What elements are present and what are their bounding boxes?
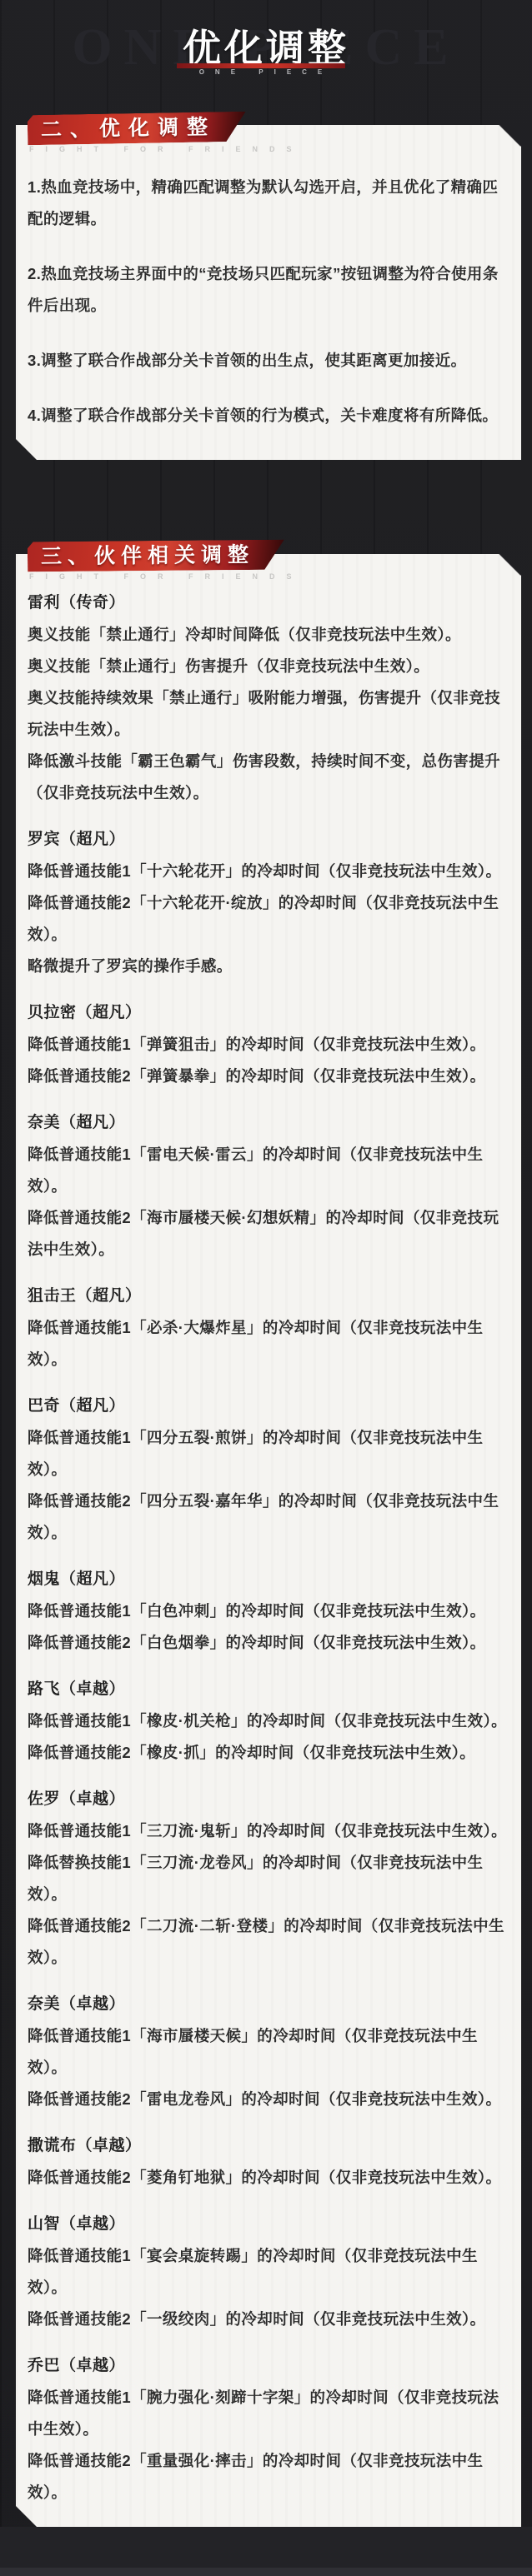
partner-name: 巴奇（超凡）	[28, 1390, 509, 1422]
partner-name: 奈美（超凡）	[28, 1107, 509, 1139]
partner-group: 雷利（传奇）奥义技能「禁止通行」冷却时间降低（仅非竞技玩法中生效）。奥义技能「禁…	[28, 587, 509, 809]
banner-subtext: FIGHT FOR FRIENDS	[29, 572, 429, 581]
skill-adjustment-line: 降低普通技能1「腕力强化·刻蹄十字架」的冷却时间（仅非竞技玩法中生效）。	[28, 2382, 509, 2445]
banner-subtext: FIGHT FOR FRIENDS	[29, 145, 429, 153]
optimize-item: 2.热血竞技场主界面中的“竞技场只匹配玩家”按钮调整为符合使用条件后出现。	[28, 258, 509, 322]
partner-group: 烟鬼（超凡）降低普通技能1「白色冲刺」的冷却时间（仅非竞技玩法中生效）。降低普通…	[28, 1564, 509, 1659]
skill-adjustment-line: 降低普通技能2「二刀流·二斩·登楼」的冷却时间（仅非竞技玩法中生效）。	[28, 1910, 509, 1974]
skill-adjustment-line: 降低普通技能2「橡皮·抓」的冷却时间（仅非竞技玩法中生效）。	[28, 1737, 509, 1769]
section-partners: FIGHT FOR FRIENDS 雷利（传奇）奥义技能「禁止通行」冷却时间降低…	[16, 554, 521, 2527]
bottom-band	[0, 2527, 532, 2568]
skill-adjustment-line: 降低普通技能1「三刀流·鬼斩」的冷却时间（仅非竞技玩法中生效）。	[28, 1815, 509, 1847]
skill-adjustment-line: 降低普通技能1「弹簧狙击」的冷却时间（仅非竞技玩法中生效）。	[28, 1029, 509, 1061]
section-banner-partners: 三、伙伴相关调整	[28, 540, 284, 572]
partner-group: 山智（卓越）降低普通技能1「宴会桌旋转踢」的冷却时间（仅非竞技玩法中生效）。降低…	[28, 2209, 509, 2335]
partner-group: 奈美（超凡）降低普通技能1「雷电天候·雷云」的冷却时间（仅非竞技玩法中生效）。降…	[28, 1107, 509, 1266]
partner-group: 巴奇（超凡）降低普通技能1「四分五裂·煎饼」的冷却时间（仅非竞技玩法中生效）。降…	[28, 1390, 509, 1549]
partner-group: 路飞（卓越）降低普通技能1「橡皮·机关枪」的冷却时间（仅非竞技玩法中生效）。降低…	[28, 1674, 509, 1769]
partner-name: 山智（卓越）	[28, 2209, 509, 2240]
skill-adjustment-line: 降低普通技能1「白色冲刺」的冷却时间（仅非竞技玩法中生效）。	[28, 1595, 509, 1627]
partner-name: 奈美（卓越）	[28, 1989, 509, 2020]
partner-group: 奈美（卓越）降低普通技能1「海市蜃楼天候」的冷却时间（仅非竞技玩法中生效）。降低…	[28, 1989, 509, 2115]
partner-name: 雷利（传奇）	[28, 587, 509, 619]
skill-adjustment-line: 降低普通技能2「白色烟拳」的冷却时间（仅非竞技玩法中生效）。	[28, 1627, 509, 1659]
partner-group: 罗宾（超凡）降低普通技能1「十六轮花开」的冷却时间（仅非竞技玩法中生效）。降低普…	[28, 824, 509, 982]
partner-name: 路飞（卓越）	[28, 1674, 509, 1705]
optimize-item: 1.热血竞技场中，精确匹配调整为默认勾选开启，并且优化了精确匹配的逻辑。	[28, 172, 509, 235]
skill-adjustment-line: 奥义技能「禁止通行」冷却时间降低（仅非竞技玩法中生效）。	[28, 619, 509, 651]
skill-adjustment-line: 降低普通技能2「一级绞肉」的冷却时间（仅非竞技玩法中生效）。	[28, 2304, 509, 2335]
partner-name: 佐罗（卓越）	[28, 1784, 509, 1815]
partner-group: 佐罗（卓越）降低普通技能1「三刀流·鬼斩」的冷却时间（仅非竞技玩法中生效）。降低…	[28, 1784, 509, 1974]
page-background: ONE PIECE 优化调整 ONE PIECE FIGHT FOR FRIEN…	[0, 0, 532, 2576]
skill-adjustment-line: 降低普通技能1「海市蜃楼天候」的冷却时间（仅非竞技玩法中生效）。	[28, 2020, 509, 2084]
section-optimize: FIGHT FOR FRIENDS 1.热血竞技场中，精确匹配调整为默认勾选开启…	[16, 125, 521, 460]
skill-adjustment-line: 略微提升了罗宾的操作手感。	[28, 951, 509, 982]
bottom-strip	[0, 2568, 532, 2576]
banner-label: 三、伙伴相关调整	[41, 543, 254, 568]
partner-group: 狙击王（超凡）降低普通技能1「必杀·大爆炸星」的冷却时间（仅非竞技玩法中生效）。	[28, 1281, 509, 1375]
partner-name: 撒谎布（卓越）	[28, 2130, 509, 2162]
partner-groups: 雷利（传奇）奥义技能「禁止通行」冷却时间降低（仅非竞技玩法中生效）。奥义技能「禁…	[16, 554, 521, 2509]
skill-adjustment-line: 降低普通技能1「宴会桌旋转踢」的冷却时间（仅非竞技玩法中生效）。	[28, 2240, 509, 2304]
skill-adjustment-line: 降低普通技能2「菱角钉地狱」的冷却时间（仅非竞技玩法中生效）。	[28, 2162, 509, 2194]
partner-name: 乔巴（卓越）	[28, 2350, 509, 2382]
skill-adjustment-line: 降低普通技能2「雷电龙卷风」的冷却时间（仅非竞技玩法中生效）。	[28, 2084, 509, 2115]
skill-adjustment-line: 奥义技能持续效果「禁止通行」吸附能力增强，伤害提升（仅非竞技玩法中生效）。	[28, 682, 509, 746]
partner-name: 贝拉密（超凡）	[28, 997, 509, 1029]
optimize-item: 4.调整了联合作战部分关卡首领的行为模式，关卡难度将有所降低。	[28, 400, 509, 432]
partner-name: 狙击王（超凡）	[28, 1281, 509, 1312]
title-subtext: ONE PIECE	[0, 68, 532, 76]
skill-adjustment-line: 降低普通技能2「重量强化·摔击」的冷却时间（仅非竞技玩法中生效）。	[28, 2445, 509, 2509]
partner-group: 乔巴（卓越）降低普通技能1「腕力强化·刻蹄十字架」的冷却时间（仅非竞技玩法中生效…	[28, 2350, 509, 2509]
partners-panel: FIGHT FOR FRIENDS 雷利（传奇）奥义技能「禁止通行」冷却时间降低…	[16, 554, 521, 2527]
skill-adjustment-line: 降低普通技能1「四分五裂·煎饼」的冷却时间（仅非竞技玩法中生效）。	[28, 1422, 509, 1485]
skill-adjustment-line: 奥义技能「禁止通行」伤害提升（仅非竞技玩法中生效）。	[28, 651, 509, 682]
banner-label: 二、优化调整	[41, 115, 216, 142]
hero-header: ONE PIECE 优化调整 ONE PIECE	[0, 0, 532, 112]
optimize-panel: FIGHT FOR FRIENDS 1.热血竞技场中，精确匹配调整为默认勾选开启…	[16, 125, 521, 460]
skill-adjustment-line: 降低普通技能1「十六轮花开」的冷却时间（仅非竞技玩法中生效）。	[28, 856, 509, 887]
skill-adjustment-line: 降低普通技能1「橡皮·机关枪」的冷却时间（仅非竞技玩法中生效）。	[28, 1705, 509, 1737]
optimize-list: 1.热血竞技场中，精确匹配调整为默认勾选开启，并且优化了精确匹配的逻辑。2.热血…	[16, 125, 521, 432]
partner-name: 烟鬼（超凡）	[28, 1564, 509, 1595]
skill-adjustment-line: 降低普通技能1「雷电天候·雷云」的冷却时间（仅非竞技玩法中生效）。	[28, 1139, 509, 1202]
section-banner-optimize: 二、优化调整	[28, 112, 247, 146]
skill-adjustment-line: 降低普通技能2「弹簧暴拳」的冷却时间（仅非竞技玩法中生效）。	[28, 1061, 509, 1092]
partner-group: 贝拉密（超凡）降低普通技能1「弹簧狙击」的冷却时间（仅非竞技玩法中生效）。降低普…	[28, 997, 509, 1092]
partner-name: 罗宾（超凡）	[28, 824, 509, 856]
skill-adjustment-line: 降低激斗技能「霸王色霸气」伤害段数，持续时间不变，总伤害提升（仅非竞技玩法中生效…	[28, 746, 509, 809]
skill-adjustment-line: 降低普通技能1「必杀·大爆炸星」的冷却时间（仅非竞技玩法中生效）。	[28, 1312, 509, 1375]
partner-group: 撒谎布（卓越）降低普通技能2「菱角钉地狱」的冷却时间（仅非竞技玩法中生效）。	[28, 2130, 509, 2194]
skill-adjustment-line: 降低替换技能1「三刀流·龙卷风」的冷却时间（仅非竞技玩法中生效）。	[28, 1847, 509, 1910]
optimize-item: 3.调整了联合作战部分关卡首领的出生点，使其距离更加接近。	[28, 345, 509, 377]
skill-adjustment-line: 降低普通技能2「四分五裂·嘉年华」的冷却时间（仅非竞技玩法中生效）。	[28, 1485, 509, 1549]
skill-adjustment-line: 降低普通技能2「海市蜃楼天候·幻想妖精」的冷却时间（仅非竞技玩法中生效）。	[28, 1202, 509, 1266]
skill-adjustment-line: 降低普通技能2「十六轮花开·绽放」的冷却时间（仅非竞技玩法中生效）。	[28, 887, 509, 951]
